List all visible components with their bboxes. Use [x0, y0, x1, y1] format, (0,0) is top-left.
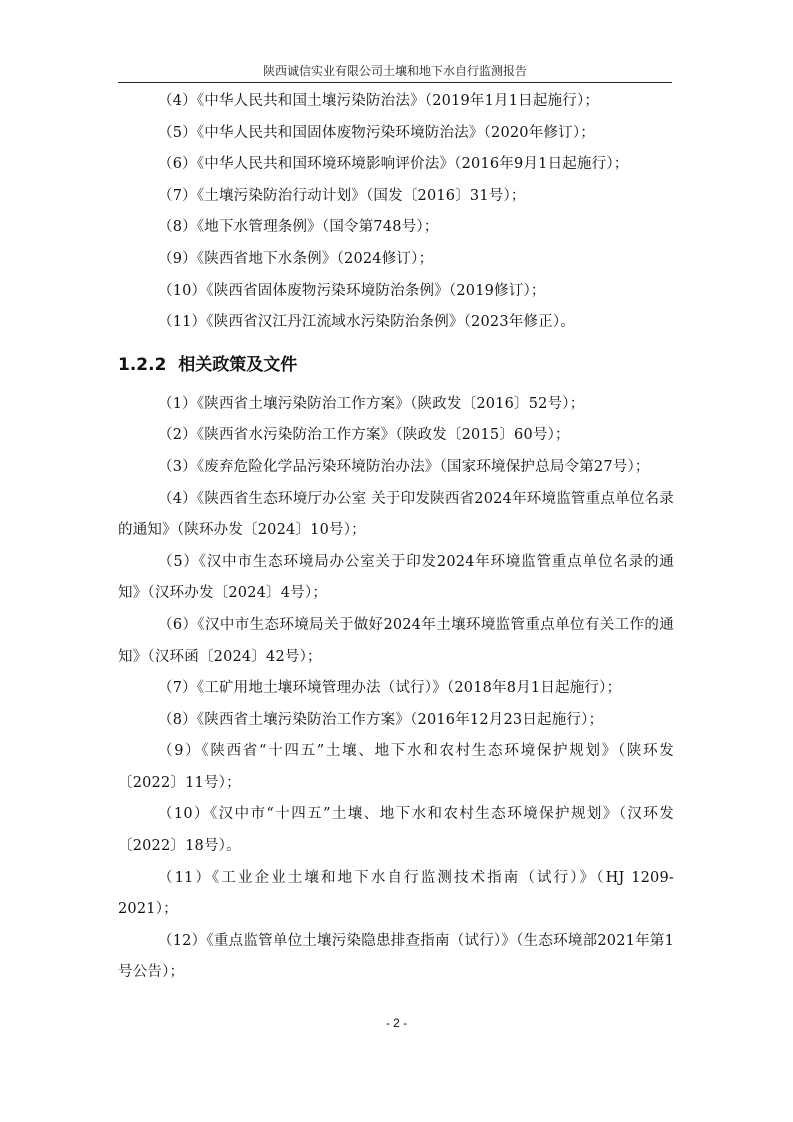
policy-item: （11）《工业企业土壤和地下水自行监测技术指南（试行）》（HJ 1209-202…	[118, 863, 674, 926]
policy-item: （3）《废弃危险化学品污染环境防治办法》（国家环境保护总局令第27号）；	[118, 452, 674, 484]
law-item: （10）《陕西省固体废物污染环境防治条例》（2019修订）；	[118, 276, 674, 308]
law-item: （6）《中华人民共和国环境环境影响评价法》（2016年9月1日起施行）；	[118, 149, 674, 181]
law-item: （11）《陕西省汉江丹江流域水污染防治条例》（2023年修正）。	[118, 307, 674, 339]
section-number: 1.2.2	[118, 355, 166, 375]
running-header: 陕西诚信实业有限公司土壤和地下水自行监测报告	[118, 64, 672, 78]
section-heading: 1.2.2 相关政策及文件	[118, 353, 674, 377]
law-item: （5）《中华人民共和国固体废物污染环境防治法》（2020年修订）；	[118, 118, 674, 150]
policy-item: （7）《工矿用地土壤环境管理办法（试行）》（2018年8月1日起施行）；	[118, 673, 674, 705]
policy-item: （9）《陕西省“十四五”土壤、地下水和农村生态环境保护规划》（陕环发〔2022〕…	[118, 736, 674, 799]
policy-item: （5）《汉中市生态环境局办公室关于印发2024年环境监管重点单位名录的通知》（汉…	[118, 547, 674, 610]
section-title: 相关政策及文件	[178, 355, 297, 375]
policy-item: （12）《重点监管单位土壤污染隐患排查指南（试行）》（生态环境部2021年第1号…	[118, 926, 674, 989]
policy-item: （2）《陕西省水污染防治工作方案》（陕政发〔2015〕60号）；	[118, 420, 674, 452]
policy-item: （8）《陕西省土壤污染防治工作方案》（2016年12月23日起施行）；	[118, 705, 674, 737]
law-item: （9）《陕西省地下水条例》（2024修订）；	[118, 244, 674, 276]
policy-item: （1）《陕西省土壤污染防治工作方案》（陕政发〔2016〕52号）；	[118, 389, 674, 421]
policy-item: （6）《汉中市生态环境局关于做好2024年土壤环境监管重点单位有关工作的通知》（…	[118, 610, 674, 673]
law-item: （8）《地下水管理条例》（国令第748号）；	[118, 212, 674, 244]
policy-item: （10）《汉中市“十四五”土壤、地下水和农村生态环境保护规划》（汉环发〔2022…	[118, 799, 674, 862]
policy-item: （4）《陕西省生态环境厅办公室 关于印发陕西省2024年环境监管重点单位名录的通…	[118, 484, 674, 547]
header-rule	[118, 82, 672, 83]
law-item: （4）《中华人民共和国土壤污染防治法》（2019年1月1日起施行）；	[118, 86, 674, 118]
law-item: （7）《土壤污染防治行动计划》（国发〔2016〕31号）；	[118, 181, 674, 213]
page-number: - 2 -	[0, 1016, 793, 1030]
document-body: （4）《中华人民共和国土壤污染防治法》（2019年1月1日起施行）； （5）《中…	[118, 86, 674, 989]
